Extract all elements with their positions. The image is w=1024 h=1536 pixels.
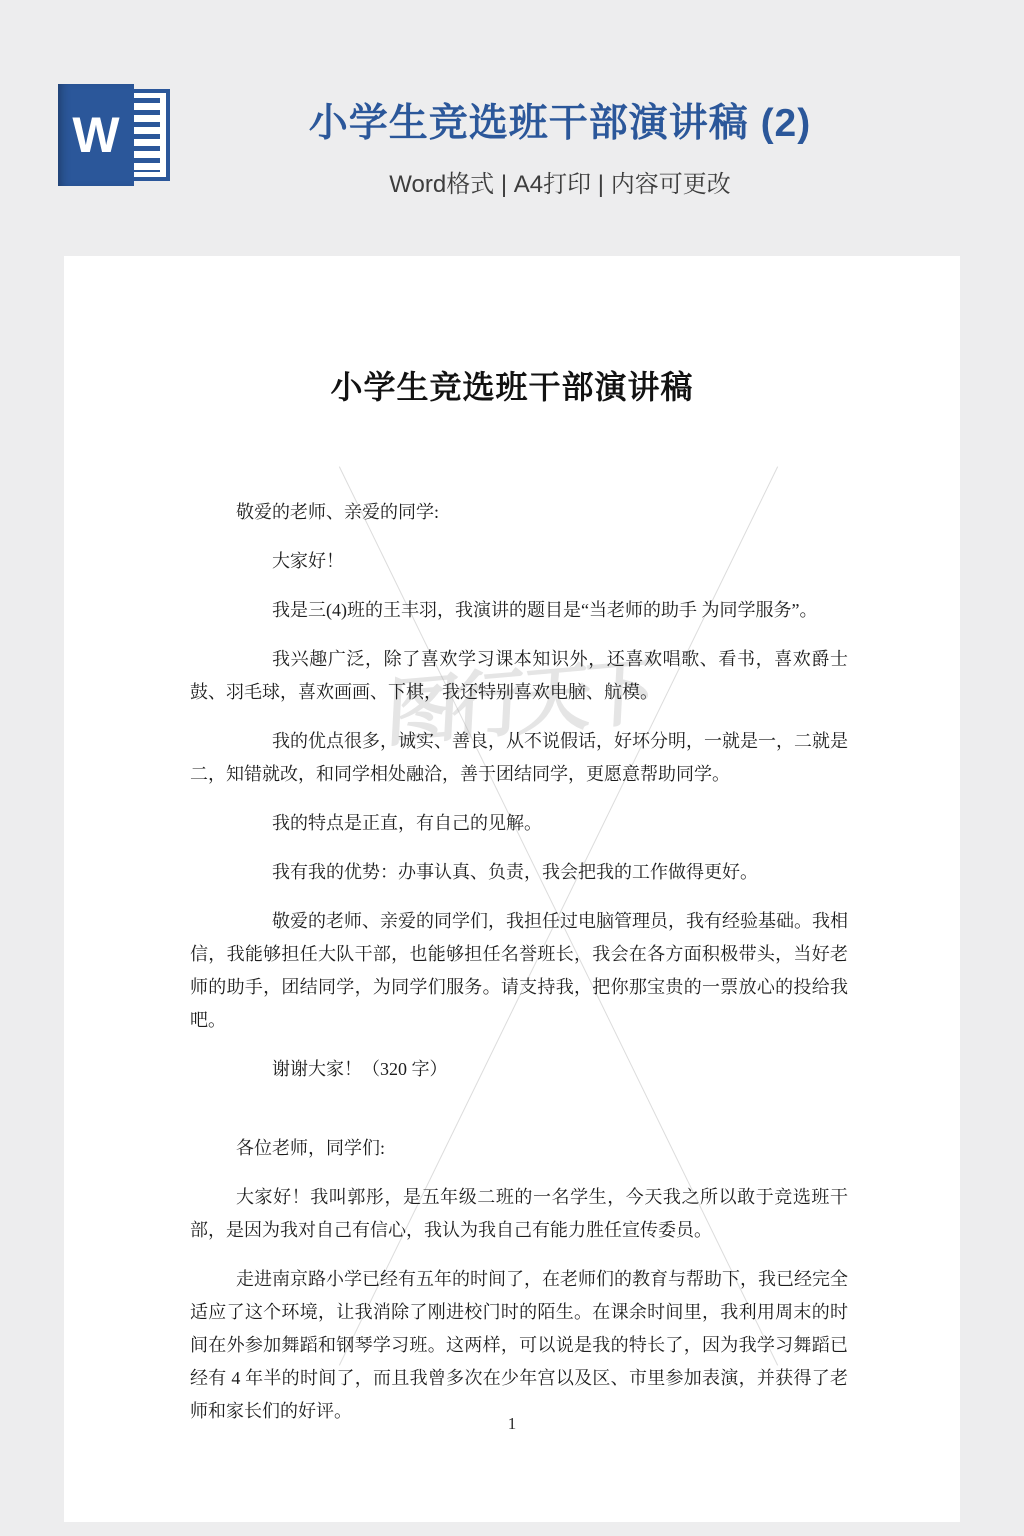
salutation: 各位老师，同学们: <box>190 1132 848 1165</box>
header: W 小学生竞选班干部演讲稿 (2) Word格式 | A4打印 | 内容可更改 <box>0 0 1024 256</box>
paragraph: 我是三(4)班的王丰羽，我演讲的题目是“当老师的助手 为同学服务”。 <box>190 594 848 627</box>
paragraph: 我兴趣广泛，除了喜欢学习课本知识外，还喜欢唱歌、看书，喜欢爵士鼓、羽毛球，喜欢画… <box>190 643 848 709</box>
header-titles: 小学生竞选班干部演讲稿 (2) Word格式 | A4打印 | 内容可更改 <box>96 92 1024 199</box>
paragraph: 走进南京路小学已经有五年的时间了，在老师们的教育与帮助下，我已经完全适应了这个环… <box>190 1263 848 1428</box>
template-title: 小学生竞选班干部演讲稿 (2) <box>96 92 1024 148</box>
salutation: 敬爱的老师、亲爱的同学: <box>190 496 848 529</box>
paragraph: 我的优点很多，诚实、善良，从不说假话，好坏分明，一就是一，二就是二，知错就改，和… <box>190 725 848 791</box>
document-body: 敬爱的老师、亲爱的同学: 大家好！ 我是三(4)班的王丰羽，我演讲的题目是“当老… <box>190 496 848 1428</box>
format-info: Word格式 | A4打印 | 内容可更改 <box>96 164 1024 199</box>
page-number: 1 <box>64 1414 960 1434</box>
page-root: { "header": { "app_icon_letter": "W", "t… <box>0 0 1024 1536</box>
paragraph: 大家好！ <box>190 545 848 578</box>
closing-line: 谢谢大家！（320 字） <box>190 1053 848 1086</box>
document-title: 小学生竞选班干部演讲稿 <box>64 256 960 408</box>
paragraph: 我的特点是正直，有自己的见解。 <box>190 807 848 840</box>
document-page: 图行天下 小学生竞选班干部演讲稿 敬爱的老师、亲爱的同学: 大家好！ 我是三(4… <box>64 256 960 1522</box>
paragraph: 敬爱的老师、亲爱的同学们，我担任过电脑管理员，我有经验基础。我相信，我能够担任大… <box>190 905 848 1037</box>
paragraph: 大家好！我叫郭彤，是五年级二班的一名学生，今天我之所以敢于竞选班干部，是因为我对… <box>190 1181 848 1247</box>
paragraph: 我有我的优势：办事认真、负责，我会把我的工作做得更好。 <box>190 856 848 889</box>
